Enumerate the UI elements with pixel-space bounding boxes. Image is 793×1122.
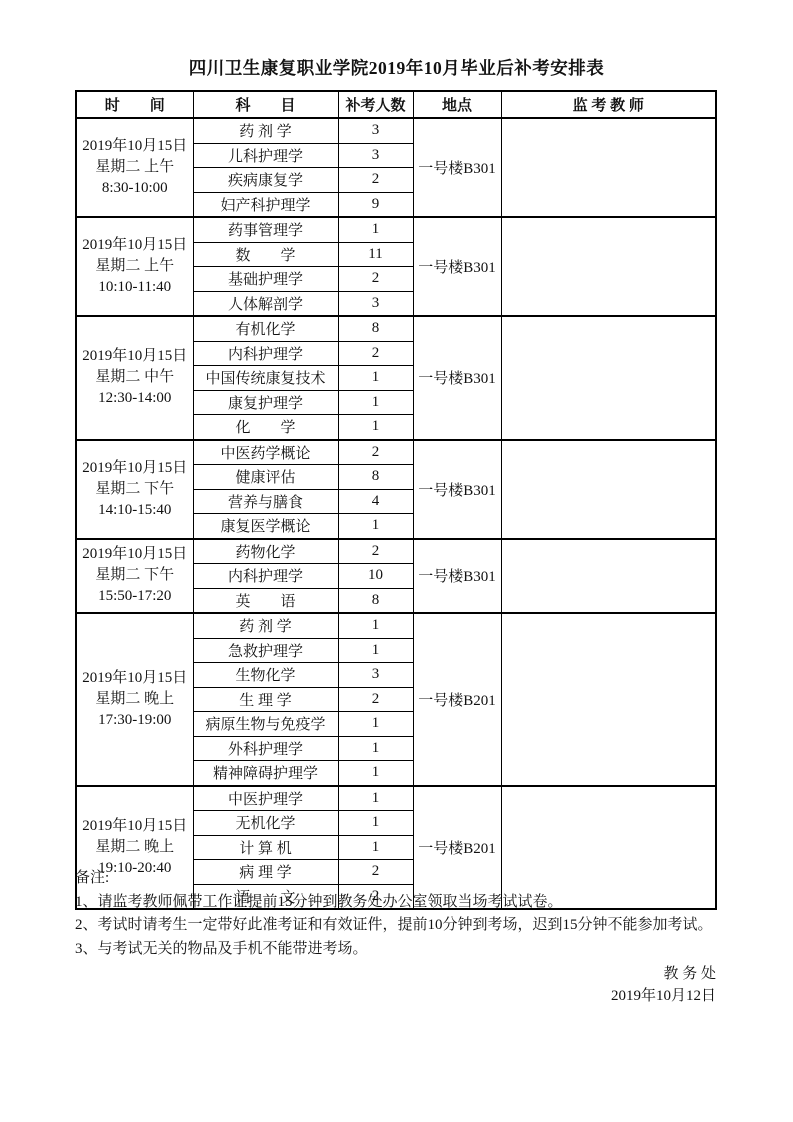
subject-cell: 中医护理学	[193, 786, 338, 811]
count-cell: 1	[338, 736, 413, 761]
subject-cell: 疾病康复学	[193, 168, 338, 193]
subject-cell: 计 算 机	[193, 835, 338, 860]
table-row: 2019年10月15日星期二 晚上17:30-19:00药 剂 学1一号楼B20…	[76, 613, 716, 638]
location-cell: 一号楼B301	[413, 316, 501, 440]
count-cell: 3	[338, 143, 413, 168]
time-date: 2019年10月15日	[77, 346, 193, 367]
subject-cell: 妇产科护理学	[193, 192, 338, 217]
location-cell: 一号楼B301	[413, 539, 501, 614]
count-cell: 3	[338, 663, 413, 688]
time-date: 2019年10月15日	[77, 136, 193, 157]
subject-cell: 康复护理学	[193, 390, 338, 415]
count-cell: 2	[338, 341, 413, 366]
subject-cell: 外科护理学	[193, 736, 338, 761]
time-range: 15:50-17:20	[77, 586, 193, 607]
subject-cell: 健康评估	[193, 465, 338, 490]
count-cell: 3	[338, 291, 413, 316]
count-cell: 3	[338, 118, 413, 143]
subject-cell: 人体解剖学	[193, 291, 338, 316]
invigilator-cell	[501, 440, 716, 539]
subject-cell: 儿科护理学	[193, 143, 338, 168]
subject-cell: 药事管理学	[193, 217, 338, 242]
time-cell: 2019年10月15日星期二 上午10:10-11:40	[76, 217, 193, 316]
time-range: 8:30-10:00	[77, 178, 193, 199]
time-range: 17:30-19:00	[77, 710, 193, 731]
subject-cell: 无机化学	[193, 811, 338, 836]
signature-department: 教 务 处	[75, 964, 716, 986]
invigilator-cell	[501, 118, 716, 217]
time-range: 14:10-15:40	[77, 500, 193, 521]
location-cell: 一号楼B301	[413, 118, 501, 217]
time-block: 2019年10月15日星期二 上午8:30-10:00药 剂 学3一号楼B301…	[76, 118, 716, 217]
time-block: 2019年10月15日星期二 上午10:10-11:40药事管理学1一号楼B30…	[76, 217, 716, 316]
subject-cell: 基础护理学	[193, 267, 338, 292]
table-row: 2019年10月15日星期二 下午15:50-17:20药物化学2一号楼B301	[76, 539, 716, 564]
time-day-period: 星期二 上午	[77, 256, 193, 277]
time-day-period: 星期二 中午	[77, 367, 193, 388]
col-header-time: 时 间	[76, 91, 193, 118]
invigilator-cell	[501, 316, 716, 440]
time-cell: 2019年10月15日星期二 晚上17:30-19:00	[76, 613, 193, 786]
subject-cell: 病原生物与免疫学	[193, 712, 338, 737]
subject-cell: 生物化学	[193, 663, 338, 688]
time-block: 2019年10月15日星期二 下午15:50-17:20药物化学2一号楼B301…	[76, 539, 716, 614]
count-cell: 9	[338, 192, 413, 217]
subject-cell: 数 学	[193, 242, 338, 267]
time-block: 2019年10月15日星期二 下午14:10-15:40中医药学概论2一号楼B3…	[76, 440, 716, 539]
count-cell: 8	[338, 465, 413, 490]
table-header: 时 间 科 目 补考人数 地点 监 考 教 师	[76, 91, 716, 118]
subject-cell: 中国传统康复技术	[193, 366, 338, 391]
count-cell: 1	[338, 712, 413, 737]
subject-cell: 英 语	[193, 588, 338, 613]
note-item-2: 2、考试时请考生一定带好此准考证和有效证件，提前10分钟到考场，迟到15分钟不能…	[75, 914, 716, 937]
col-header-location: 地点	[413, 91, 501, 118]
invigilator-cell	[501, 539, 716, 614]
time-range: 12:30-14:00	[77, 388, 193, 409]
table-row: 2019年10月15日星期二 下午14:10-15:40中医药学概论2一号楼B3…	[76, 440, 716, 465]
time-date: 2019年10月15日	[77, 816, 193, 837]
notes-label: 备注:	[75, 867, 716, 890]
time-date: 2019年10月15日	[77, 458, 193, 479]
exam-table: 时 间 科 目 补考人数 地点 监 考 教 师 2019年10月15日星期二 上…	[75, 90, 717, 910]
time-cell: 2019年10月15日星期二 中午12:30-14:00	[76, 316, 193, 440]
count-cell: 1	[338, 415, 413, 440]
count-cell: 1	[338, 835, 413, 860]
time-block: 2019年10月15日星期二 中午12:30-14:00有机化学8一号楼B301…	[76, 316, 716, 440]
count-cell: 1	[338, 761, 413, 786]
count-cell: 2	[338, 687, 413, 712]
time-day-period: 星期二 晚上	[77, 837, 193, 858]
page-title: 四川卫生康复职业学院2019年10月毕业后补考安排表	[0, 55, 793, 80]
subject-cell: 营养与膳食	[193, 489, 338, 514]
subject-cell: 生 理 学	[193, 687, 338, 712]
count-cell: 8	[338, 316, 413, 341]
invigilator-cell	[501, 613, 716, 786]
count-cell: 1	[338, 514, 413, 539]
subject-cell: 中医药学概论	[193, 440, 338, 465]
subject-cell: 有机化学	[193, 316, 338, 341]
location-cell: 一号楼B301	[413, 440, 501, 539]
count-cell: 2	[338, 440, 413, 465]
location-cell: 一号楼B301	[413, 217, 501, 316]
count-cell: 1	[338, 638, 413, 663]
subject-cell: 化 学	[193, 415, 338, 440]
count-cell: 2	[338, 539, 413, 564]
time-cell: 2019年10月15日星期二 下午15:50-17:20	[76, 539, 193, 614]
subject-cell: 急救护理学	[193, 638, 338, 663]
time-range: 10:10-11:40	[77, 277, 193, 298]
count-cell: 1	[338, 811, 413, 836]
note-item-1: 1、请监考教师佩带工作证提前15分钟到教务处办公室领取当场考试试卷。	[75, 891, 716, 914]
time-cell: 2019年10月15日星期二 下午14:10-15:40	[76, 440, 193, 539]
subject-cell: 药 剂 学	[193, 118, 338, 143]
time-date: 2019年10月15日	[77, 668, 193, 689]
subject-cell: 内科护理学	[193, 564, 338, 589]
time-day-period: 星期二 晚上	[77, 689, 193, 710]
count-cell: 1	[338, 390, 413, 415]
header-row: 时 间 科 目 补考人数 地点 监 考 教 师	[76, 91, 716, 118]
time-day-period: 星期二 下午	[77, 565, 193, 586]
count-cell: 11	[338, 242, 413, 267]
count-cell: 2	[338, 267, 413, 292]
subject-cell: 康复医学概论	[193, 514, 338, 539]
location-cell: 一号楼B201	[413, 613, 501, 786]
count-cell: 1	[338, 366, 413, 391]
signature-date: 2019年10月12日	[75, 986, 716, 1008]
table-row: 2019年10月15日星期二 中午12:30-14:00有机化学8一号楼B301	[76, 316, 716, 341]
count-cell: 10	[338, 564, 413, 589]
count-cell: 1	[338, 786, 413, 811]
subject-cell: 内科护理学	[193, 341, 338, 366]
subject-cell: 精神障碍护理学	[193, 761, 338, 786]
count-cell: 8	[338, 588, 413, 613]
subject-cell: 药 剂 学	[193, 613, 338, 638]
page: 四川卫生康复职业学院2019年10月毕业后补考安排表 时 间 科 目 补考人数 …	[0, 0, 793, 1122]
table-row: 2019年10月15日星期二 晚上19:10-20:40中医护理学1一号楼B20…	[76, 786, 716, 811]
count-cell: 4	[338, 489, 413, 514]
subject-cell: 药物化学	[193, 539, 338, 564]
count-cell: 1	[338, 613, 413, 638]
time-day-period: 星期二 上午	[77, 157, 193, 178]
time-cell: 2019年10月15日星期二 上午8:30-10:00	[76, 118, 193, 217]
time-day-period: 星期二 下午	[77, 479, 193, 500]
note-item-3: 3、与考试无关的物品及手机不能带进考场。	[75, 938, 716, 961]
count-cell: 1	[338, 217, 413, 242]
signature-block: 教 务 处 2019年10月12日	[75, 964, 716, 1008]
time-date: 2019年10月15日	[77, 235, 193, 256]
time-block: 2019年10月15日星期二 晚上17:30-19:00药 剂 学1一号楼B20…	[76, 613, 716, 786]
table-row: 2019年10月15日星期二 上午8:30-10:00药 剂 学3一号楼B301	[76, 118, 716, 143]
table-row: 2019年10月15日星期二 上午10:10-11:40药事管理学1一号楼B30…	[76, 217, 716, 242]
col-header-subject: 科 目	[193, 91, 338, 118]
count-cell: 2	[338, 168, 413, 193]
invigilator-cell	[501, 217, 716, 316]
notes-section: 备注: 1、请监考教师佩带工作证提前15分钟到教务处办公室领取当场考试试卷。 2…	[75, 866, 716, 1008]
col-header-count: 补考人数	[338, 91, 413, 118]
col-header-invigilator: 监 考 教 师	[501, 91, 716, 118]
time-date: 2019年10月15日	[77, 544, 193, 565]
